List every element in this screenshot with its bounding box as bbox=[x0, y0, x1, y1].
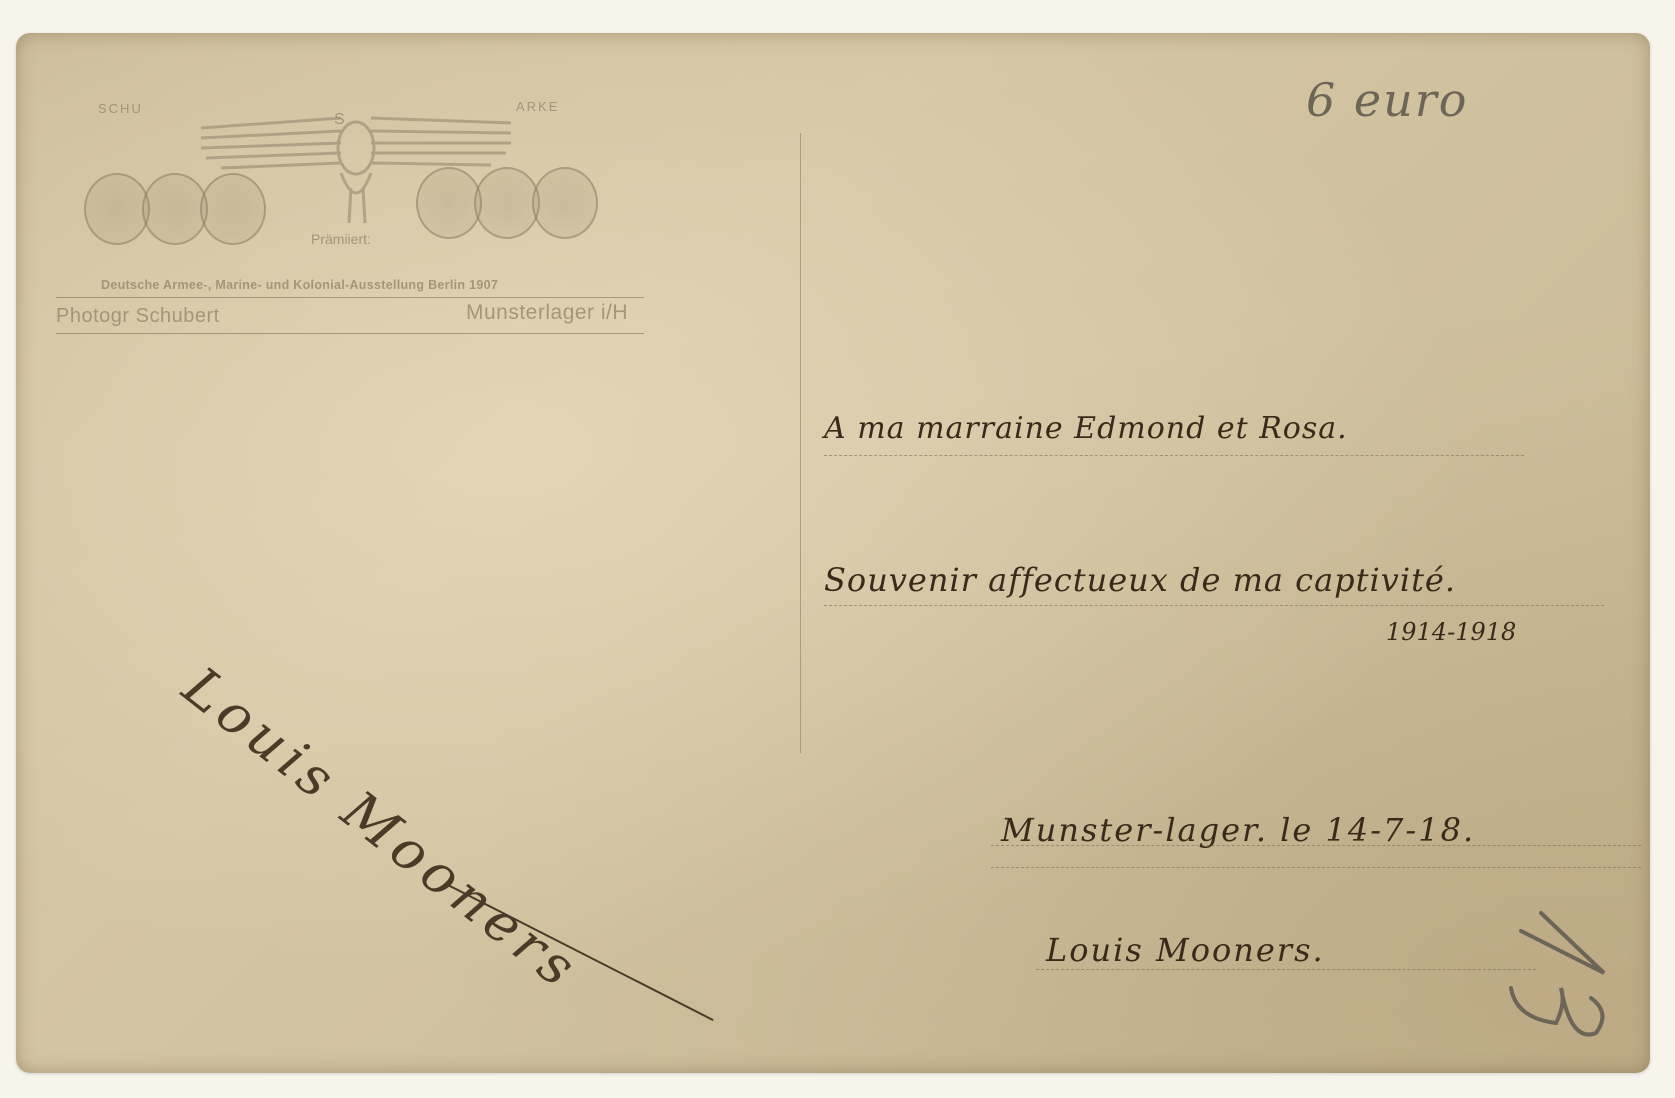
postcard: SCHU ARKE S Prämiiert: Deutsche Armee-, … bbox=[16, 33, 1650, 1073]
address-line bbox=[1036, 969, 1536, 970]
header-rule bbox=[56, 297, 644, 298]
stamp-text-left: SCHU bbox=[98, 101, 143, 116]
address-line bbox=[991, 845, 1641, 846]
message-line-3: Munster-lager. le 14-7-18. bbox=[1001, 811, 1475, 849]
award-label: Prämiiert: bbox=[311, 231, 371, 247]
address-line bbox=[991, 867, 1641, 868]
exhibition-line: Deutsche Armee-, Marine- und Kolonial-Au… bbox=[101, 278, 498, 292]
stamp-center-letter: S bbox=[334, 111, 345, 129]
medal-icon bbox=[200, 173, 266, 245]
message-years: 1914-1918 bbox=[1386, 618, 1516, 646]
message-signoff: Louis Mooners. bbox=[1046, 931, 1325, 969]
header-rule bbox=[56, 333, 644, 334]
address-line bbox=[824, 605, 1604, 606]
message-line-1: A ma marraine Edmond et Rosa. bbox=[824, 411, 1348, 446]
diagonal-signature: Louis Mooners bbox=[172, 655, 592, 1003]
photographer-name: Photogr Schubert bbox=[56, 305, 220, 328]
medal-icon bbox=[142, 173, 208, 245]
stamp-text-right: ARKE bbox=[516, 99, 559, 114]
signature-underline bbox=[446, 883, 714, 1021]
medal-icon bbox=[474, 167, 540, 239]
medal-icon bbox=[416, 167, 482, 239]
center-divider bbox=[800, 133, 801, 753]
message-line-2: Souvenir affectueux de ma captivité. bbox=[824, 561, 1456, 599]
photographer-location: Munsterlager i/H bbox=[466, 301, 628, 325]
pencil-price-note: 6 euro bbox=[1306, 73, 1468, 127]
pencil-mark-icon bbox=[1486, 893, 1616, 1053]
medal-icon bbox=[532, 167, 598, 239]
medal-icon bbox=[84, 173, 150, 245]
address-line bbox=[824, 455, 1524, 456]
